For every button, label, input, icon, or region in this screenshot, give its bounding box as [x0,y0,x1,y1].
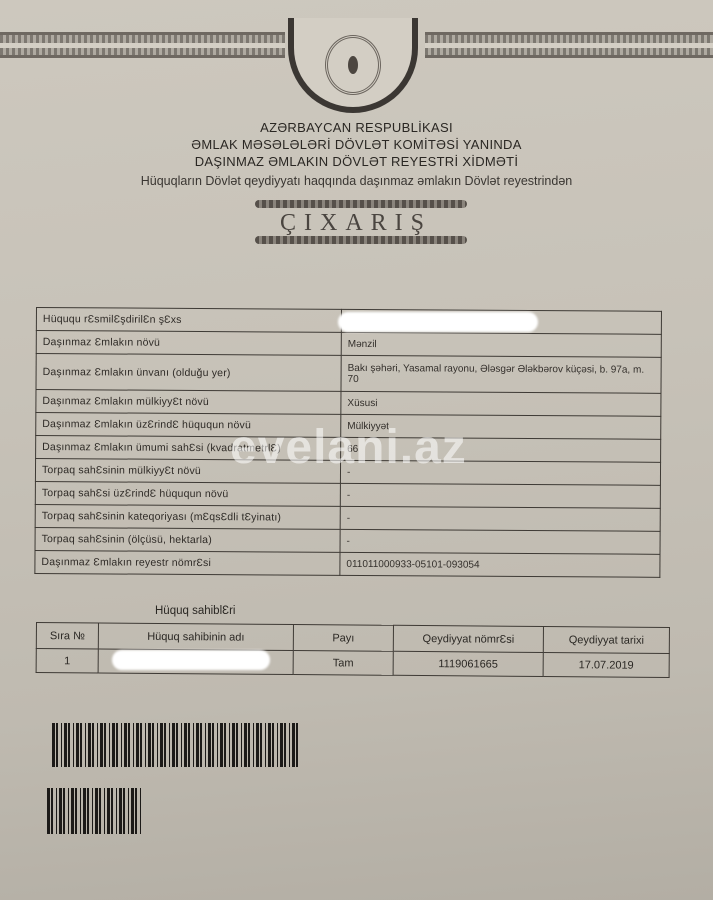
owner-reg-number: 1119061665 [393,651,543,676]
row-label: Torpaq sahƐsinin (ölçüsü, hektarla) [35,527,340,552]
col-owner-name: Hüquq sahibinin adı [98,623,293,651]
col-reg-number: Qeydiyyat nömrƐsi [393,625,543,652]
row-label: Torpaq sahƐsi üzƐrindƐ hüququn növü [35,481,340,506]
row-label: Daşınmaz Ɛmlakın ünvanı (olduğu yer) [36,354,341,392]
owner-index: 1 [36,649,98,673]
header-line-2: ƏMLAK MƏSƏLƏLƏRİ DÖVLƏT KOMİTƏSİ YANINDA [0,137,713,152]
col-share: Payı [293,625,393,652]
row-label: Daşınmaz Ɛmlakın mülkiyyƐt növü [36,390,341,415]
title-ornament-bottom [255,236,467,244]
row-value: - [340,506,660,531]
title-block: ÇIXARIŞ [245,196,467,248]
ornamental-border-left [0,32,285,58]
document-subtitle: Hüquqların Dövlət qeydiyyatı haqqında da… [0,174,713,188]
owners-title: Hüquq sahiblƐri [155,605,235,617]
row-label: Daşınmaz Ɛmlakın reyestr nömrƐsi [35,550,340,575]
row-value: 011011000933-05101-093054 [340,552,660,577]
row-value: - [340,529,660,554]
barcode-1 [52,723,301,767]
redaction-mark [338,312,538,332]
document-page: AZƏRBAYCAN RESPUBLİKASI ƏMLAK MƏSƏLƏLƏRİ… [0,0,713,900]
barcode-2 [47,788,143,834]
document-title: ÇIXARIŞ [245,210,467,237]
col-index: Sıra № [36,623,98,649]
watermark: evelani.az [230,420,467,475]
row-label: Daşınmaz Ɛmlakın növü [36,331,341,356]
table-row: Daşınmaz Ɛmlakın reyestr nömrƐsi01101100… [35,550,660,577]
row-value: Bakı şəhəri, Yasamal rayonu, Ələsgər Ələ… [341,355,661,393]
row-label: Hüququ rƐsmilƐşdirilƐn şƐxs [36,308,341,333]
state-emblem-icon [325,35,381,95]
row-value: - [340,483,660,508]
redaction-mark [112,650,270,670]
ornamental-border-right [425,32,713,58]
owner-share: Tam [293,651,393,676]
title-ornament-top [255,200,467,208]
col-reg-date: Qeydiyyat tarixi [543,626,669,653]
row-label: Torpaq sahƐsinin kateqoriyası (mƐqsƐdli … [35,504,340,529]
header-line-3: DAŞINMAZ ƏMLAKIN DÖVLƏT REYESTRİ XİDMƏTİ [0,154,713,169]
table-row: Daşınmaz Ɛmlakın ünvanı (olduğu yer)Bakı… [36,354,661,394]
header-line-1: AZƏRBAYCAN RESPUBLİKASI [0,120,713,135]
owner-reg-date: 17.07.2019 [543,652,669,677]
row-value: Xüsusi [341,391,661,416]
row-value: Mənzil [341,332,661,357]
